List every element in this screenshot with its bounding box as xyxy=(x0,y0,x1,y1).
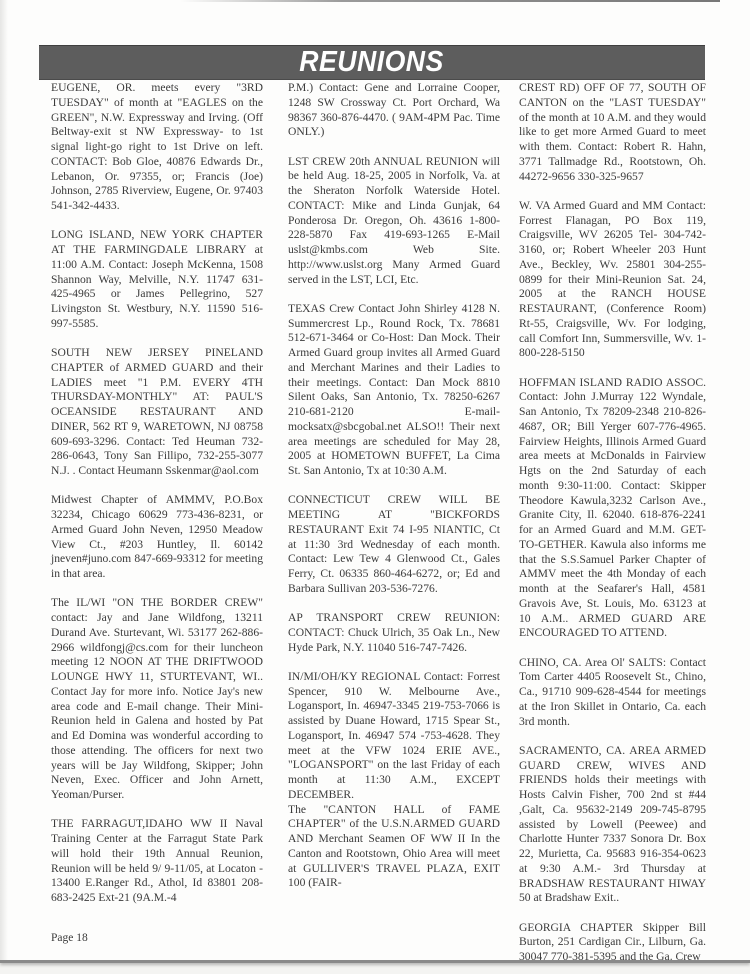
reunion-entry-georgia: GEORGIA CHAPTER Skipper Bill Burton, 251… xyxy=(519,921,706,965)
reunion-entry-sacramento: SACRAMENTO, CA. AREA ARMED GUARD CREW, W… xyxy=(519,744,706,906)
page-binding-shadow xyxy=(0,0,8,960)
reunion-entry-lst-crew: LST CREW 20th ANNUAL REUNION will be hel… xyxy=(288,155,500,288)
magazine-page: REUNIONS EUGENE, OR. meets every "3RD TU… xyxy=(0,0,750,963)
reunion-entry-midwest: Midwest Chapter of AMMMV, P.O.Box 32234,… xyxy=(51,493,263,582)
reunion-entry-connecticut: CONNECTICUT CREW WILL BE MEETING AT "BIC… xyxy=(288,493,500,596)
reunion-entry-farragut-continued: P.M.) Contact: Gene and Lorraine Cooper,… xyxy=(288,81,500,140)
reunion-entry-canton-continued: CREST RD) OFF OF 77, SOUTH OF CANTON on … xyxy=(519,81,706,184)
reunion-entry-il-wi: The IL/WI "ON THE BORDER CREW" contact: … xyxy=(51,596,263,803)
reunion-entry-hoffman-island: HOFFMAN ISLAND RADIO ASSOC. Contact: Joh… xyxy=(519,376,706,642)
reunion-entry-farragut: THE FARRAGUT,IDAHO WW II Naval Training … xyxy=(51,817,263,906)
section-banner: REUNIONS xyxy=(39,45,705,80)
column-middle: P.M.) Contact: Gene and Lorraine Cooper,… xyxy=(288,81,500,891)
reunion-entry-long-island: LONG ISLAND, NEW YORK CHAPTER AT THE FAR… xyxy=(51,228,263,331)
column-left: EUGENE, OR. meets every "3RD TUESDAY" of… xyxy=(51,81,263,906)
reunion-entry-in-mi-oh-ky: IN/MI/OH/KY REGIONAL Contact: Forrest Sp… xyxy=(288,670,500,803)
page-top-edge xyxy=(180,0,720,2)
reunion-entry-south-new-jersey: SOUTH NEW JERSEY PINELAND CHAPTER of ARM… xyxy=(51,346,263,479)
reunion-entry-canton: The "CANTON HALL of FAME CHAPTER" of the… xyxy=(288,803,500,892)
reunion-entry-chino: CHINO, CA. Area Ol' SALTS: Contact Tom C… xyxy=(519,656,706,730)
reunion-entry-west-virginia: W. VA Armed Guard and MM Contact: Forres… xyxy=(519,199,706,361)
column-right: CREST RD) OFF OF 77, SOUTH OF CANTON on … xyxy=(519,81,706,965)
reunion-entry-eugene: EUGENE, OR. meets every "3RD TUESDAY" of… xyxy=(51,81,263,214)
section-title: REUNIONS xyxy=(300,46,445,79)
page-number: Page 18 xyxy=(51,932,88,944)
reunion-entry-texas: TEXAS Crew Contact John Shirley 4128 N. … xyxy=(288,302,500,479)
reunion-entry-ap-transport: AP TRANSPORT CREW REUNION: CONTACT: Chuc… xyxy=(288,611,500,655)
